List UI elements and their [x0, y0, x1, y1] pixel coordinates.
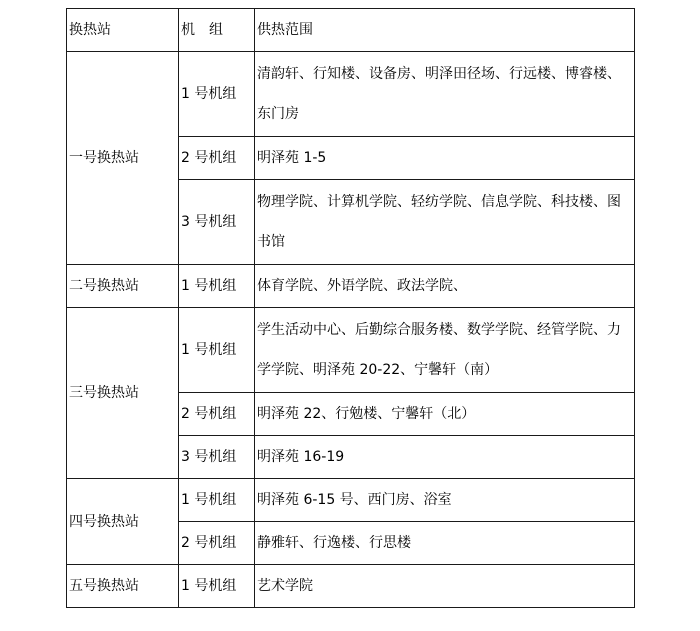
- table-row: 一号换热站 1 号机组 清韵轩、行知楼、设备房、明泽田径场、行远楼、博睿楼、东门…: [67, 52, 635, 137]
- supply-range: 艺术学院: [255, 565, 635, 608]
- supply-range: 学生活动中心、后勤综合服务楼、数学学院、经管学院、力学学院、明泽苑 20-22、…: [255, 308, 635, 393]
- station-name: 三号换热站: [67, 308, 179, 479]
- station-name: 一号换热站: [67, 52, 179, 265]
- header-station: 换热站: [67, 9, 179, 52]
- supply-range: 明泽苑 6-15 号、西门房、浴室: [255, 479, 635, 522]
- table-row: 三号换热站 1 号机组 学生活动中心、后勤综合服务楼、数学学院、经管学院、力学学…: [67, 308, 635, 393]
- table-row: 二号换热站 1 号机组 体育学院、外语学院、政法学院、: [67, 265, 635, 308]
- heating-station-table: 换热站 机 组 供热范围 一号换热站 1 号机组 清韵轩、行知楼、设备房、明泽田…: [66, 8, 635, 608]
- supply-range: 体育学院、外语学院、政法学院、: [255, 265, 635, 308]
- header-row: 换热站 机 组 供热范围: [67, 9, 635, 52]
- unit-name: 2 号机组: [179, 137, 255, 180]
- unit-name: 3 号机组: [179, 180, 255, 265]
- table-row: 五号换热站 1 号机组 艺术学院: [67, 565, 635, 608]
- supply-range: 物理学院、计算机学院、轻纺学院、信息学院、科技楼、图书馆: [255, 180, 635, 265]
- unit-name: 1 号机组: [179, 565, 255, 608]
- unit-name: 2 号机组: [179, 393, 255, 436]
- supply-range: 明泽苑 1-5: [255, 137, 635, 180]
- supply-range: 清韵轩、行知楼、设备房、明泽田径场、行远楼、博睿楼、东门房: [255, 52, 635, 137]
- supply-range: 静雅轩、行逸楼、行思楼: [255, 522, 635, 565]
- unit-name: 1 号机组: [179, 265, 255, 308]
- unit-name: 1 号机组: [179, 479, 255, 522]
- supply-range: 明泽苑 16-19: [255, 436, 635, 479]
- unit-name: 2 号机组: [179, 522, 255, 565]
- station-name: 四号换热站: [67, 479, 179, 565]
- station-name: 二号换热站: [67, 265, 179, 308]
- header-range: 供热范围: [255, 9, 635, 52]
- table-row: 四号换热站 1 号机组 明泽苑 6-15 号、西门房、浴室: [67, 479, 635, 522]
- header-unit: 机 组: [179, 9, 255, 52]
- unit-name: 1 号机组: [179, 308, 255, 393]
- supply-range: 明泽苑 22、行勉楼、宁馨轩（北）: [255, 393, 635, 436]
- station-name: 五号换热站: [67, 565, 179, 608]
- unit-name: 1 号机组: [179, 52, 255, 137]
- unit-name: 3 号机组: [179, 436, 255, 479]
